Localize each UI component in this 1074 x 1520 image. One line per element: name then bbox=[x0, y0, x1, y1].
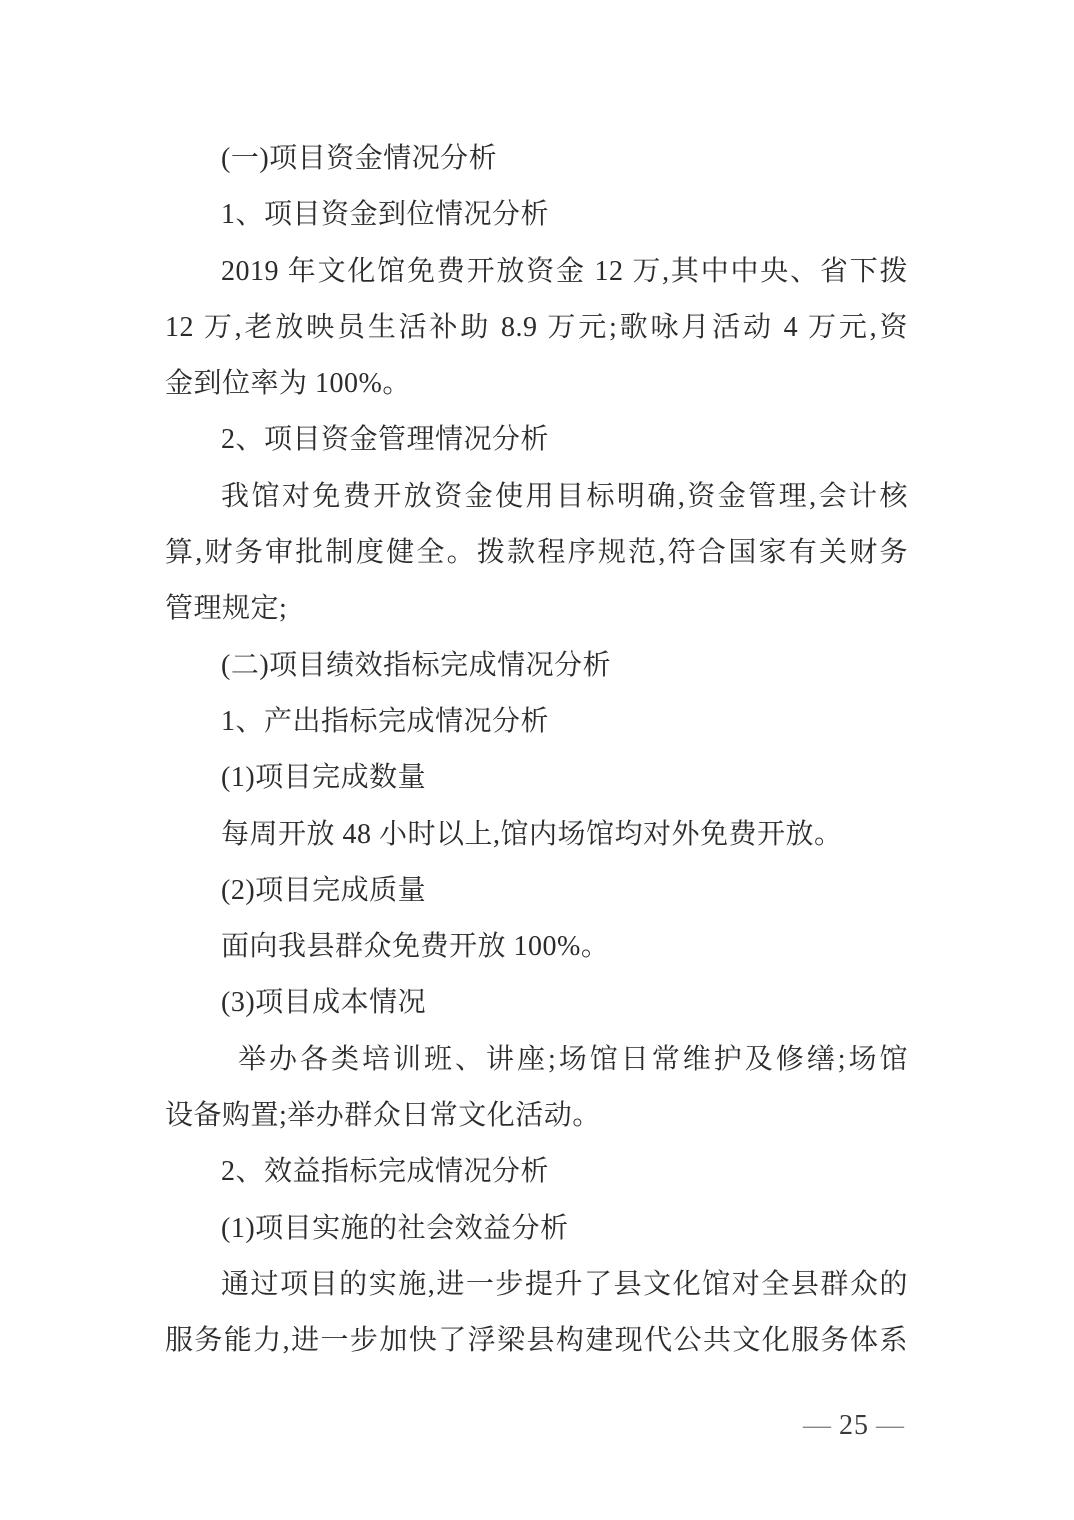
body-line: 通过项目的实施,进一步提升了县文化馆对全县群众的 bbox=[165, 1257, 908, 1313]
document-page: (一)项目资金情况分析 1、项目资金到位情况分析 2019 年文化馆免费开放资金… bbox=[0, 0, 1074, 1520]
body-line: 设备购置;举办群众日常文化活动。 bbox=[165, 1088, 908, 1144]
body-line: 我馆对免费开放资金使用目标明确,资金管理,会计核 bbox=[165, 469, 908, 525]
heading-line: 2、效益指标完成情况分析 bbox=[165, 1144, 908, 1200]
heading-line: (1)项目实施的社会效益分析 bbox=[165, 1201, 908, 1257]
body-line: 面向我县群众免费开放 100%。 bbox=[165, 919, 908, 975]
heading-line: 1、项目资金到位情况分析 bbox=[165, 187, 908, 243]
page-number-value: 25 bbox=[839, 1410, 869, 1441]
body-line: 管理规定; bbox=[165, 581, 908, 637]
heading-line: (3)项目成本情况 bbox=[165, 975, 908, 1031]
page-number: —25— bbox=[796, 1410, 912, 1442]
body-line: 每周开放 48 小时以上,馆内场馆均对外免费开放。 bbox=[165, 807, 908, 863]
heading-line: (1)项目完成数量 bbox=[165, 750, 908, 806]
heading-line: (一)项目资金情况分析 bbox=[165, 131, 908, 187]
heading-line: (2)项目完成质量 bbox=[165, 863, 908, 919]
document-body: (一)项目资金情况分析 1、项目资金到位情况分析 2019 年文化馆免费开放资金… bbox=[165, 131, 908, 1370]
body-line: 12 万,老放映员生活补助 8.9 万元;歌咏月活动 4 万元,资 bbox=[165, 300, 908, 356]
page-number-right-dash: — bbox=[869, 1410, 912, 1441]
body-line: 服务能力,进一步加快了浮梁县构建现代公共文化服务体系 bbox=[165, 1313, 908, 1369]
heading-line: 2、项目资金管理情况分析 bbox=[165, 412, 908, 468]
page-number-left-dash: — bbox=[796, 1410, 839, 1441]
heading-line: (二)项目绩效指标完成情况分析 bbox=[165, 638, 908, 694]
body-line: 金到位率为 100%。 bbox=[165, 356, 908, 412]
heading-line: 1、产出指标完成情况分析 bbox=[165, 694, 908, 750]
body-line: 举办各类培训班、讲座;场馆日常维护及修缮;场馆 bbox=[165, 1032, 908, 1088]
body-line: 算,财务审批制度健全。拨款程序规范,符合国家有关财务 bbox=[165, 525, 908, 581]
body-line: 2019 年文化馆免费开放资金 12 万,其中中央、省下拨 bbox=[165, 244, 908, 300]
